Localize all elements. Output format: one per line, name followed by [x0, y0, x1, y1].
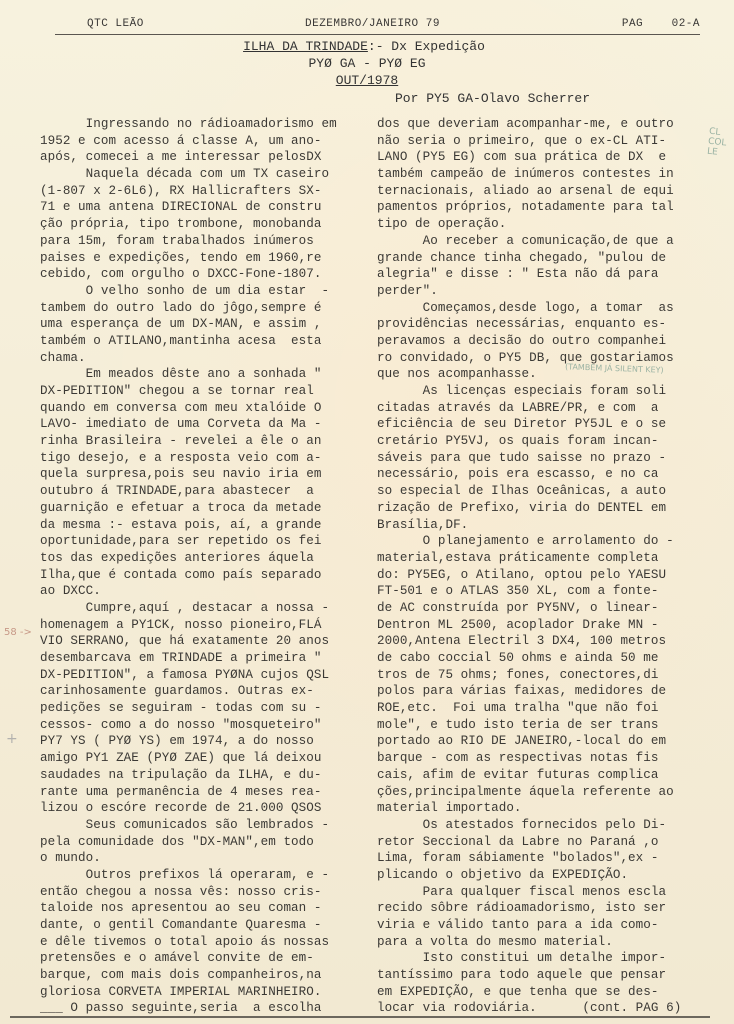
text-line: locar via rodoviária. (cont. PAG 6) [377, 1000, 681, 1017]
text-line: e dêle tivemos o total apoio ás nossas [40, 934, 337, 951]
page-label: PAG [622, 18, 643, 30]
callsigns: PYØ GA - PYØ EG [0, 55, 734, 72]
byline: Por PY5 GA-Olavo Scherrer [395, 91, 590, 106]
text-line: amigo PY1 ZAE (PYØ ZAE) que lá deixou [40, 750, 337, 767]
text-line: após, comecei a me interessar pelosDX [40, 149, 337, 166]
footer-rule [10, 1016, 710, 1018]
text-line: viria e válido tanto para a ida como- [377, 917, 681, 934]
text-line: cebido, com orgulho o DXCC-Fone-1807. [40, 266, 337, 283]
text-line: eficiência de seu Diretor PY5JL e o se [377, 416, 681, 433]
text-line: recido sôbre rádioamadorismo, isto ser [377, 900, 681, 917]
text-line: barque, com mais dois companheiros,na [40, 967, 337, 984]
text-line: então chegou a nossa vês: nosso cris- [40, 884, 337, 901]
right-column: dos que deveriam acompanhar-me, e outron… [377, 116, 681, 1017]
text-line: dante, o gentil Comandante Quaresma - [40, 917, 337, 934]
text-line: ___ O passo seguinte,seria a escolha [40, 1000, 337, 1017]
text-line: chama. [40, 350, 337, 367]
text-line: da mesma :- estava pois, aí, a grande [40, 517, 337, 534]
text-line: 2000,Antena Electril 3 DX4, 100 metros [377, 633, 681, 650]
text-line: retor Seccional da Labre no Paraná ,o [377, 834, 681, 851]
text-line: Os atestados fornecidos pelo Di- [377, 817, 681, 834]
text-line: rinha Brasileira - revelei a êle o an [40, 433, 337, 450]
text-line: grande chance tinha chegado, "pulou de [377, 250, 681, 267]
text-line: tigo desejo, e a resposta veio com a- [40, 450, 337, 467]
title-heading: ILHA DA TRINDADE [243, 39, 368, 54]
text-line: de cabo coccial 50 ohms e ainda 50 me [377, 650, 681, 667]
margin-note-arrow: 58 -> [4, 628, 32, 638]
text-line: Ilha,que é contada como país separado [40, 567, 337, 584]
text-line: guarnição e efetuar a troca da metade [40, 500, 337, 517]
text-line: também o ATILANO,mantinha acesa esta [40, 333, 337, 350]
text-line: Outros prefixos lá operaram, e - [40, 867, 337, 884]
text-line: cais, afim de evitar futuras complica [377, 767, 681, 784]
text-line: O velho sonho de um dia estar - [40, 283, 337, 300]
text-line: 71 e uma antena DIRECIONAL de constru [40, 199, 337, 216]
text-line: Brasília,DF. [377, 517, 681, 534]
text-line: homenagem a PY1CK, nosso pioneiro,FLÁ [40, 617, 337, 634]
text-line: Seus comunicados são lembrados - [40, 817, 337, 834]
text-line: rante uma permanência de 4 meses rea- [40, 784, 337, 801]
text-line: tros de 75 ohms; fones, conectores,di [377, 667, 681, 684]
text-line: sáveis para que tudo saisse no prazo - [377, 450, 681, 467]
text-line: Ingressando no rádioamadorismo em [40, 116, 337, 133]
publication-name: QTC LEÃO [87, 18, 144, 30]
article-title-block: ILHA DA TRINDADE:- Dx Expedição PYØ GA -… [0, 38, 734, 89]
text-line: citadas através da LABRE/PR, e com a [377, 400, 681, 417]
text-line: pela comunidade dos "DX-MAN",em todo [40, 834, 337, 851]
text-line: Ao receber a comunicação,de que a [377, 233, 681, 250]
text-line: tos das expedições anteriores áquela [40, 550, 337, 567]
page-number: 02-A [672, 18, 700, 30]
text-line: DX-PEDITION" chegou a se tornar real [40, 383, 337, 400]
text-line: gloriosa CORVETA IMPERIAL MARINHEIRO. [40, 984, 337, 1001]
text-line: também campeão de inúmeros contestes in [377, 166, 681, 183]
text-line: polos para várias faixas, medidores de [377, 683, 681, 700]
text-line: tantíssimo para todo aquele que pensar [377, 967, 681, 984]
text-line: de AC construída por PY5NV, o linear- [377, 600, 681, 617]
text-line: 1952 e com acesso á classe A, um ano- [40, 133, 337, 150]
text-line: paises e expedições, tendo em 1960,re [40, 250, 337, 267]
text-line: o mundo. [40, 850, 337, 867]
page-indicator: PAG 02-A [622, 18, 700, 30]
text-line: em EXPEDIÇÃO, e que tenha que se des- [377, 984, 681, 1001]
text-line: quela surpresa,pois seu navio iria em [40, 466, 337, 483]
left-column: Ingressando no rádioamadorismo em1952 e … [40, 116, 337, 1017]
text-line: DX-PEDITION", a famosa PYØNA cujos QSL [40, 667, 337, 684]
text-line: cretário PY5VJ, os quais foram incan- [377, 433, 681, 450]
text-line: Naquela década com um TX caseiro [40, 166, 337, 183]
text-line: O planejamento e arrolamento do - [377, 533, 681, 550]
text-line: material importado. [377, 800, 681, 817]
text-line: PY7 YS ( PYØ YS) em 1974, a do nosso [40, 733, 337, 750]
expedition-date: OUT/1978 [336, 73, 398, 88]
text-line: pretensões e o amável convite de em- [40, 950, 337, 967]
text-line: necessário, pois era escasso, e no ca [377, 466, 681, 483]
issue-date: DEZEMBRO/JANEIRO 79 [305, 18, 440, 30]
text-line: FT-501 e o ATLAS 350 XL, com a fonte- [377, 583, 681, 600]
text-line: providências necessárias, enquanto es- [377, 316, 681, 333]
text-line: Começamos,desde logo, a tomar as [377, 300, 681, 317]
text-line: carinhosamente guardamos. Outras ex- [40, 683, 337, 700]
text-line: Cumpre,aquí , destacar a nossa - [40, 600, 337, 617]
text-line: material,estava práticamente completa [377, 550, 681, 567]
text-line: As licenças especiais foram soli [377, 383, 681, 400]
text-line: LANO (PY5 EG) com sua prática de DX e [377, 149, 681, 166]
text-line: peravamos a decisão do outro companhei [377, 333, 681, 350]
text-line: do: PY5EG, o Atilano, optou pelo YAESU [377, 567, 681, 584]
text-line: mole", e tudo isto teria de ser trans [377, 717, 681, 734]
text-line: lizou o escóre recorde de 21.000 QSOS [40, 800, 337, 817]
margin-note-cl: CL COL LE [707, 127, 734, 160]
text-line: (1-807 x 2-6L6), RX Hallicrafters SX- [40, 183, 337, 200]
text-line: ao DXCC. [40, 583, 337, 600]
text-line: ções,principalmente áquela referente ao [377, 784, 681, 801]
text-line: perder". [377, 283, 681, 300]
text-line: portado ao RIO DE JANEIRO,-local do em [377, 733, 681, 750]
text-line: alegria" e disse : " Esta não dá para [377, 266, 681, 283]
text-line: para 15m, foram trabalhados inúmeros [40, 233, 337, 250]
text-line: tipo de operação. [377, 216, 681, 233]
text-line: rização de Prefixo, viria do DENTEL em [377, 500, 681, 517]
text-line: Em meados dêste ano a sonhada " [40, 366, 337, 383]
text-line: outubro á TRINDADE,para abastecer a [40, 483, 337, 500]
text-line: Isto constitui um detalhe impor- [377, 950, 681, 967]
text-line: não seria o primeiro, que o ex-CL ATI- [377, 133, 681, 150]
text-line: para a volta do mesmo material. [377, 934, 681, 951]
text-line: Lima, foram sábiamente "bolados",ex - [377, 850, 681, 867]
text-line: pedições se seguiram - todas com su - [40, 700, 337, 717]
text-line: ção própria, tipo trombone, monobanda [40, 216, 337, 233]
text-line: Para qualquer fiscal menos escla [377, 884, 681, 901]
page-header: QTC LEÃO DEZEMBRO/JANEIRO 79 PAG 02-A [55, 16, 700, 35]
text-line: dos que deveriam acompanhar-me, e outro [377, 116, 681, 133]
text-line: ROE,etc. Foi uma tralha "que não foi [377, 700, 681, 717]
text-line: quando em conversa com meu xtalóide O [40, 400, 337, 417]
margin-cross-mark: + [6, 734, 18, 744]
text-line: taloide nos apresentou ao seu coman - [40, 900, 337, 917]
text-line: saudades na tripulação da ILHA, e du- [40, 767, 337, 784]
text-line: desembarcava em TRINDADE a primeira " [40, 650, 337, 667]
text-line: cessos- como a do nosso "mosqueteiro" [40, 717, 337, 734]
text-line: barque - com as respectivas notas fis [377, 750, 681, 767]
text-line: oportunidade,para ser repetido os fei [40, 533, 337, 550]
text-line: VIO SERRANO, que há exatamente 20 anos [40, 633, 337, 650]
text-line: Dentron ML 2500, acoplador Drake MN - [377, 617, 681, 634]
text-line: plicando o objetivo da EXPEDIÇÃO. [377, 867, 681, 884]
title-suffix: :- Dx Expedição [368, 39, 485, 54]
text-line: so especial de Ilhas Oceânicas, a auto [377, 483, 681, 500]
text-line: tambem do outro lado do jôgo,sempre é [40, 300, 337, 317]
article-title: ILHA DA TRINDADE:- Dx Expedição [0, 38, 734, 55]
text-line: LAVO- imediato de uma Corveta da Ma - [40, 416, 337, 433]
text-line: ternacionais, aliado ao arsenal de equi [377, 183, 681, 200]
text-line: pamentos próprios, notadamente para tal [377, 199, 681, 216]
text-line: uma esperança de um DX-MAN, e assim , [40, 316, 337, 333]
